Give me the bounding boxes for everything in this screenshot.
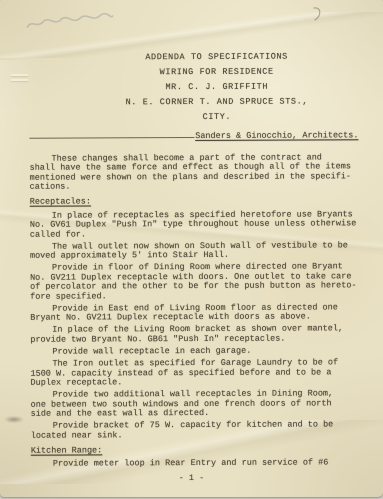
spec-paragraph: Provide wall receptacle in each garage. xyxy=(30,346,363,357)
spec-paragraph: In place of receptacles as specified her… xyxy=(30,210,363,240)
spec-paragraph: In place of the Living Room bracket as s… xyxy=(30,325,363,345)
document-title-block: ADDENDA TO SPECIFICATIONS WIRING FOR RES… xyxy=(29,49,362,125)
spec-paragraph: Provide two additional wall receptacles … xyxy=(31,390,364,420)
signature-rule xyxy=(29,130,194,139)
intro-paragraph: These changes shall become a part of the… xyxy=(30,153,363,192)
spec-paragraph: The wall outlet now shown on South wall … xyxy=(30,241,363,261)
spec-paragraph: The Iron outlet as specified for Garage … xyxy=(30,358,363,388)
spec-paragraph: Provide in floor of Dining Room where di… xyxy=(30,263,363,302)
page-number: - 1 - xyxy=(0,473,383,483)
title-line: N. E. CORNER T. AND SPRUCE STS., xyxy=(71,94,362,110)
spec-paragraph: Provide in East end of Living Room floor… xyxy=(30,303,363,323)
title-line: ADDENDA TO SPECIFICATIONS xyxy=(71,49,362,65)
title-line: WIRING FOR RESIDENCE xyxy=(71,64,362,80)
section-heading-kitchen-range: Kitchen Range: xyxy=(31,446,102,456)
pencil-smudge xyxy=(4,416,24,423)
spec-paragraph: Provide meter loop in Rear Entry and run… xyxy=(31,459,364,470)
title-line: MR. C. J. GRIFFITH xyxy=(71,79,362,95)
spec-paragraph: Provide bracket of 75 W. capacity for ki… xyxy=(31,421,364,441)
architect-name: Sanders & Ginocchio, Architects. xyxy=(195,131,358,141)
typed-document: ADDENDA TO SPECIFICATIONS WIRING FOR RES… xyxy=(29,49,364,472)
embossed-margin-marks xyxy=(11,74,28,84)
title-line: CITY. xyxy=(71,109,362,125)
architect-signature-line: Sanders & Ginocchio, Architects. xyxy=(29,129,358,142)
stray-pencil-mark-icon xyxy=(310,6,326,24)
section-heading-receptacles: Receptacles: xyxy=(30,198,91,208)
